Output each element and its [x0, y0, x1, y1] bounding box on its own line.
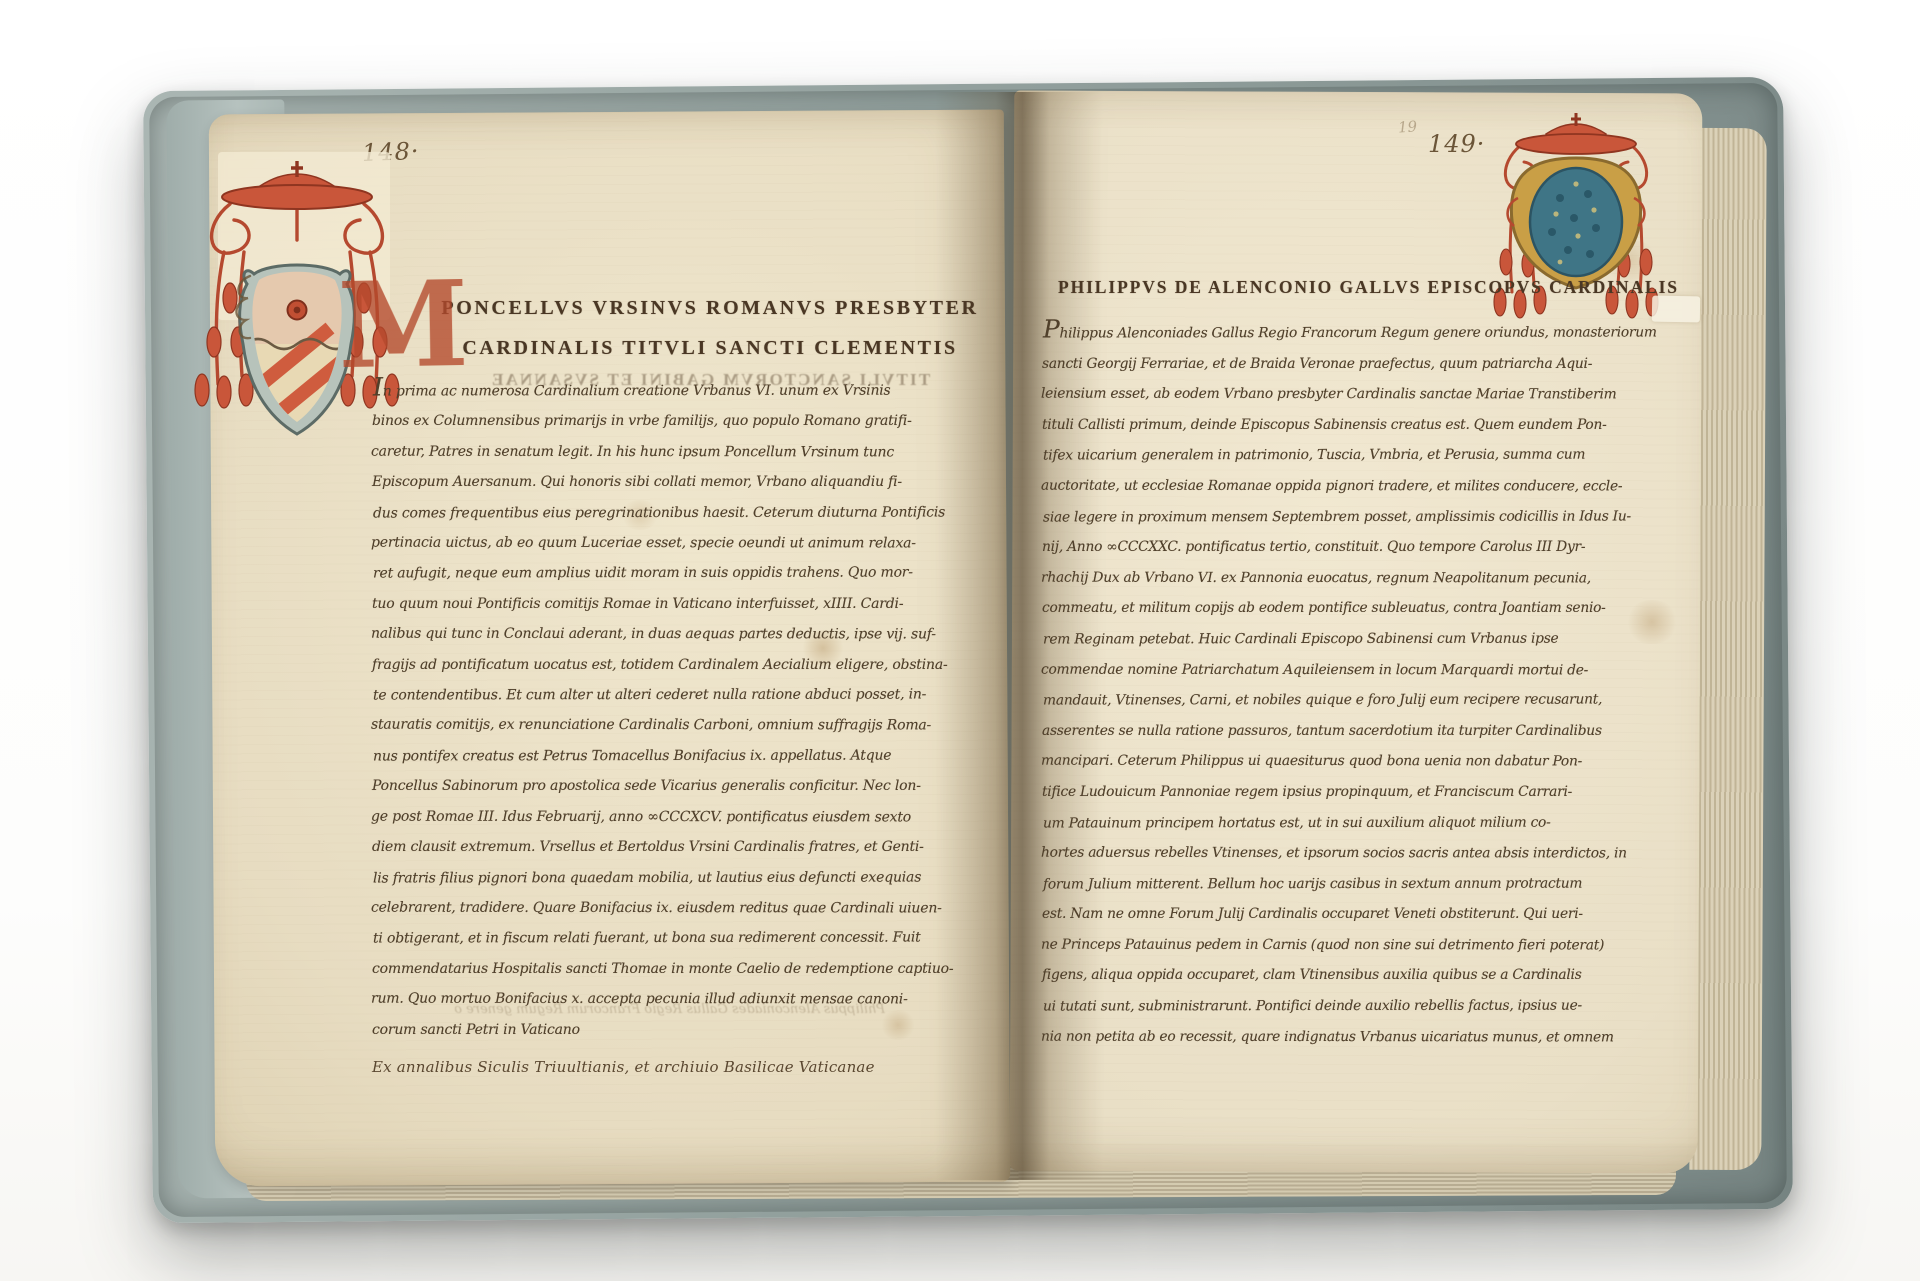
margin-squiggle	[224, 270, 268, 346]
manuscript-line: commeatu, et militum copijs ab eodem pon…	[1042, 593, 1604, 624]
manuscript-line: nalibus qui tunc in Conclaui aderant, in…	[371, 619, 919, 650]
manuscript-line: lis fratris filius pignori bona quaedam …	[373, 862, 921, 893]
right-body-text: Philippus Alenconiades Gallus Regio Fran…	[1042, 318, 1604, 1052]
manuscript-line: rhachij Dux ab Vrbano VI. ex Pannonia eu…	[1041, 562, 1603, 593]
manuscript-line: ti obtigerant, et in fiscum relati fuera…	[373, 923, 921, 954]
manuscript-line: um Patauinum principem hortatus est, ut …	[1043, 807, 1605, 839]
manuscript-line: caretur, Patres in senatum legit. In his…	[371, 436, 919, 467]
manuscript-line: est. Nam ne omne Forum Julij Cardinalis …	[1042, 899, 1604, 930]
manuscript-line: Philippus Alenconiades Gallus Regio Fran…	[1043, 318, 1605, 350]
manuscript-line: mancipari. Ceterum Philippus ui quaesitu…	[1041, 746, 1603, 777]
manuscript-line: fragijs ad pontificatum uocatus est, tot…	[372, 650, 920, 680]
manuscript-line: nus pontifex creatus est Petrus Tomacell…	[373, 740, 921, 771]
showthrough-red-initial: M	[337, 265, 470, 385]
manuscript-line: ne Princeps Patauinus pedem in Carnis (q…	[1041, 929, 1603, 960]
manuscript-line: binos ex Columnensibus primarijs in vrbe…	[372, 406, 920, 436]
manuscript-line: ge post Romae III. Idus Februarij, anno …	[371, 801, 919, 832]
manuscript-line: diem clausit extremum. Vrsellus et Berto…	[372, 832, 920, 862]
left-source-line: Ex annalibus Siculis Triuultianis, et ar…	[372, 1058, 875, 1076]
manuscript-line: sancti Georgij Ferrariae, et de Braida V…	[1042, 349, 1604, 380]
old-folio-number: 19	[1397, 117, 1417, 136]
manuscript-line: nij, Anno ∞CCCXXC. pontificatus tertio, …	[1042, 532, 1604, 563]
manuscript-line: commendae nomine Patriarchatum Aquileien…	[1041, 654, 1603, 685]
manuscript-line: ret aufugit, neque eum amplius uidit mor…	[373, 558, 921, 589]
manuscript-line: In prima ac numerosa Cardinalium creatio…	[373, 376, 921, 407]
manuscript-line: hortes aduersus rebelles Vtinenses, et i…	[1041, 838, 1603, 869]
manuscript-line: pertinacia uictus, ab eo quum Luceriae e…	[371, 528, 919, 559]
manuscript-line: figens, aliqua oppida occuparet, clam Vt…	[1042, 960, 1604, 991]
manuscript-line: mandauit, Vtinenses, Carni, et nobiles q…	[1043, 685, 1605, 717]
manuscript-line: tituli Callisti primum, deinde Episcopus…	[1042, 410, 1604, 441]
manuscript-line: commendatarius Hospitalis sancti Thomae …	[372, 954, 920, 984]
manuscript-line: tuo quum noui Pontificis comitijs Romae …	[372, 589, 920, 619]
showthrough-note: Philippus Alenconiades Gallus Regio Fran…	[455, 1002, 885, 1017]
manuscript-line: Episcopum Auersanum. Qui honoris sibi co…	[372, 467, 920, 497]
manuscript-line: siae legere in proximum mensem Septembre…	[1043, 501, 1605, 533]
left-body-text: In prima ac numerosa Cardinalium creatio…	[372, 376, 920, 1045]
manuscript-line: tifice Ludouicum Pannoniae regem ipsius …	[1042, 777, 1604, 808]
heading-line: PONCELLVS VRSINVS ROMANVS PRESBYTER	[428, 288, 992, 328]
heading-line: PHILIPPVS DE ALENCONIO GALLVS EPISCOPVS …	[1058, 274, 1592, 300]
manuscript-line: ui tutati sunt, subministrarunt. Pontifi…	[1043, 991, 1605, 1023]
manuscript-line: asserentes se nulla ratione passuros, ta…	[1042, 716, 1604, 747]
margin-patch	[1652, 296, 1700, 323]
manuscript-photo: 148·	[0, 0, 1920, 1281]
manuscript-line: rem Reginam petebat. Huic Cardinali Epis…	[1043, 623, 1605, 655]
manuscript-line: stauratis comitijs, ex renunciatione Car…	[371, 710, 919, 741]
manuscript-line: corum sancti Petri in Vaticano	[372, 1015, 920, 1045]
manuscript-line: tifex uicarium generalem in patrimonio, …	[1043, 440, 1605, 472]
manuscript-line: forum Julium mitterent. Bellum hoc uarij…	[1043, 868, 1605, 900]
manuscript-line: celebrarent, tradidere. Quare Bonifacius…	[371, 893, 919, 924]
manuscript-line: Poncellus Sabinorum pro apostolica sede …	[372, 771, 920, 801]
manuscript-line: leiensium esset, ab eodem Vrbano presbyt…	[1041, 379, 1603, 410]
manuscript-line: dus comes frequentibus eius peregrinatio…	[373, 497, 921, 528]
manuscript-line: te contendentibus. Et cum alter ut alter…	[373, 680, 921, 711]
manuscript-line: nia non petita ab eo recessit, quare ind…	[1041, 1021, 1603, 1052]
right-heading: PHILIPPVS DE ALENCONIO GALLVS EPISCOPVS …	[1058, 274, 1592, 300]
right-folio-number: 149·	[1428, 130, 1485, 158]
galero-hat	[1516, 113, 1636, 154]
left-heading: PONCELLVS VRSINVS ROMANVS PRESBYTERCARDI…	[428, 288, 992, 368]
manuscript-line: auctoritate, ut ecclesiae Romanae oppida…	[1041, 471, 1603, 502]
heading-line: CARDINALIS TITVLI SANCTI CLEMENTIS	[428, 328, 992, 368]
